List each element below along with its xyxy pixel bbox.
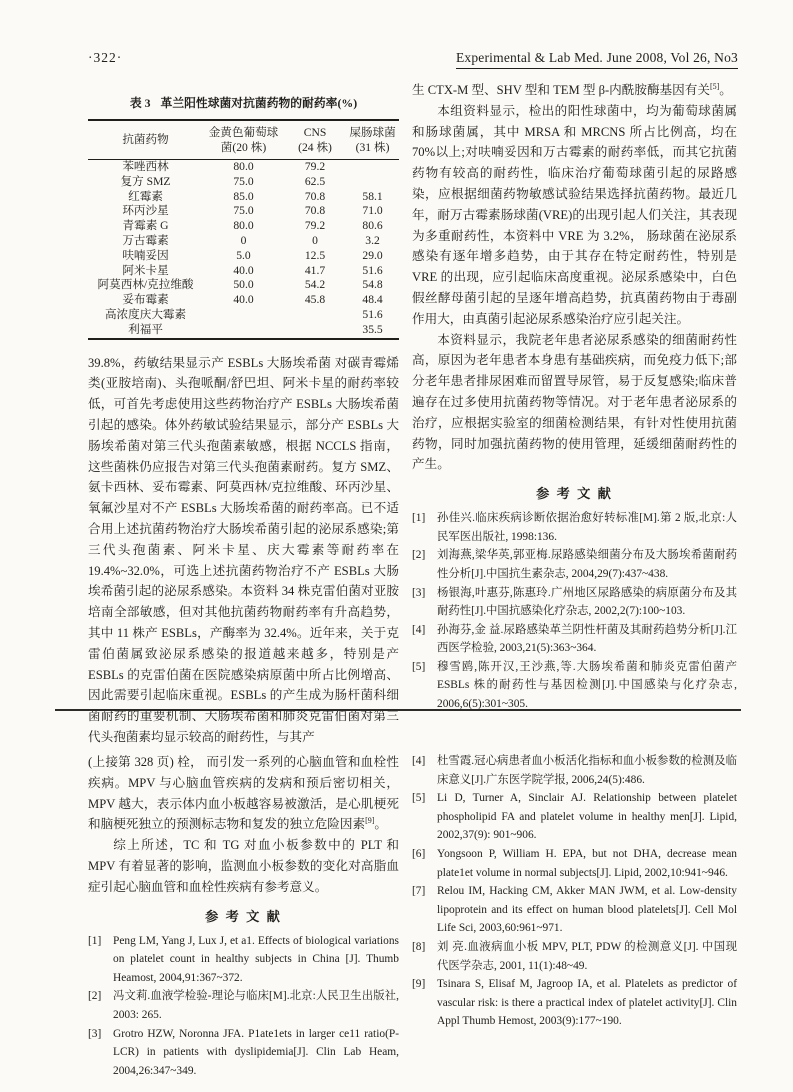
reference-number: [7] bbox=[412, 882, 437, 938]
resistance-rate-table: 抗菌药物 金黄色葡萄球菌(20 株) CNS(24 株) 屎肠球菌(31 株) … bbox=[88, 119, 399, 340]
page-number: ·322· bbox=[88, 50, 122, 66]
reference-item: [1]孙佳兴.临床疾病诊断依据治愈好转标准[M].第 2 版,北京:人民军医出版… bbox=[412, 509, 737, 546]
journal-page: ·322· Experimental & Lab Med. June 2008,… bbox=[0, 0, 793, 1092]
reference-number: [2] bbox=[88, 987, 113, 1024]
column-header-cns: CNS(24 株) bbox=[284, 120, 346, 160]
cell-ef: 3.2 bbox=[346, 234, 399, 249]
column-header-saureus: 金黄色葡萄球菌(20 株) bbox=[203, 120, 284, 160]
reference-item: [8]刘 亮.血液病血小板 MPV, PLT, PDW 的检测意义[J]. 中国… bbox=[412, 938, 737, 975]
reference-number: [1] bbox=[88, 932, 113, 988]
reference-text: Yongsoon P, William H. EPA, but not DHA,… bbox=[437, 845, 737, 882]
reference-number: [2] bbox=[412, 546, 437, 583]
cell-ef bbox=[346, 175, 399, 190]
reference-item: [9]Tsinara S, Elisaf M, Jagroop IA, et a… bbox=[412, 975, 737, 1031]
reference-text: Li D, Turner A, Sinclair AJ. Relationshi… bbox=[437, 789, 737, 845]
table-row: 苯唑西林80.079.2 bbox=[88, 160, 399, 175]
journal-title: Experimental & Lab Med. June 2008, Vol 2… bbox=[456, 50, 738, 69]
cell-cns: 54.2 bbox=[284, 278, 346, 293]
cell-ef: 80.6 bbox=[346, 219, 399, 234]
reference-number: [9] bbox=[412, 975, 437, 1031]
column-header-drug: 抗菌药物 bbox=[88, 120, 203, 160]
cell-sa bbox=[203, 323, 284, 339]
reference-item: [5]穆雪鸥,陈开汉,王沙燕,等.大肠埃希菌和肺炎克雷伯菌产 ESBLs 株的耐… bbox=[412, 658, 737, 714]
reference-number: [8] bbox=[412, 938, 437, 975]
page-header: ·322· Experimental & Lab Med. June 2008,… bbox=[88, 50, 738, 69]
reference-text: Relou IM, Hacking CM, Akker MAN JWM, et … bbox=[437, 882, 737, 938]
cell-cns: 12.5 bbox=[284, 249, 346, 264]
references-list: [4]杜雪霞.冠心病患者血小板活化指标和血小板参数的检测及临床意义[J].广东医… bbox=[412, 752, 737, 1031]
cell-ef: 71.0 bbox=[346, 204, 399, 219]
top-right-column: 生 CTX-M 型、SHV 型和 TEM 型 β-内酰胺酶基因有关[5]。 本组… bbox=[412, 80, 737, 714]
section-divider bbox=[55, 709, 741, 711]
references-heading: 参 考 文 献 bbox=[88, 906, 399, 925]
reference-item: [1]Peng LM, Yang J, Lux J, et a1. Effect… bbox=[88, 932, 399, 988]
bottom-right-column: [4]杜雪霞.冠心病患者血小板活化指标和血小板参数的检测及临床意义[J].广东医… bbox=[412, 752, 737, 1031]
cell-sa: 5.0 bbox=[203, 249, 284, 264]
reference-item: [2]刘海燕,梁华英,郭亚梅.尿路感染细菌分布及大肠埃希菌耐药性分析[J].中国… bbox=[412, 546, 737, 583]
cell-ef bbox=[346, 160, 399, 175]
cell-sa bbox=[203, 308, 284, 323]
reference-number: [5] bbox=[412, 789, 437, 845]
cell-drug: 红霉素 bbox=[88, 190, 203, 205]
reference-item: [4]孙海芬,金 益.尿路感染革兰阴性杆菌及其耐药趋势分析[J].江西医学检验,… bbox=[412, 621, 737, 658]
reference-text: 刘海燕,梁华英,郭亚梅.尿路感染细菌分布及大肠埃希菌耐药性分析[J].中国抗生素… bbox=[437, 546, 737, 583]
body-paragraph: 生 CTX-M 型、SHV 型和 TEM 型 β-内酰胺酶基因有关[5]。 bbox=[412, 80, 737, 101]
table-row: 万古霉素003.2 bbox=[88, 234, 399, 249]
table-row: 利福平35.5 bbox=[88, 323, 399, 339]
reference-text: 孙佳兴.临床疾病诊断依据治愈好转标准[M].第 2 版,北京:人民军医出版社, … bbox=[437, 509, 737, 546]
citation-superscript: [5] bbox=[710, 82, 719, 91]
references-heading: 参 考 文 献 bbox=[412, 483, 737, 502]
cell-cns bbox=[284, 308, 346, 323]
reference-item: [4]杜雪霞.冠心病患者血小板活化指标和血小板参数的检测及临床意义[J].广东医… bbox=[412, 752, 737, 789]
reference-number: [4] bbox=[412, 621, 437, 658]
cell-drug: 万古霉素 bbox=[88, 234, 203, 249]
cell-drug: 环丙沙星 bbox=[88, 204, 203, 219]
reference-item: [7]Relou IM, Hacking CM, Akker MAN JWM, … bbox=[412, 882, 737, 938]
cell-cns: 79.2 bbox=[284, 160, 346, 175]
body-paragraph: 本资料显示，我院老年患者泌尿系感染的细菌耐药性高，原因为老年患者本身患有基础疾病… bbox=[412, 330, 737, 476]
table-caption-label: 表 3 bbox=[130, 96, 151, 110]
cell-drug: 复方 SMZ bbox=[88, 175, 203, 190]
reference-text: 穆雪鸥,陈开汉,王沙燕,等.大肠埃希菌和肺炎克雷伯菌产 ESBLs 株的耐药性与… bbox=[437, 658, 737, 714]
reference-item: [3]杨银海,叶惠芬,陈惠玲.广州地区尿路感染的病原菌分布及其耐药性[J].中国… bbox=[412, 584, 737, 621]
cell-drug: 高浓度庆大霉素 bbox=[88, 308, 203, 323]
top-left-column: 表 3革兰阳性球菌对抗菌药物的耐药率(%) 抗菌药物 金黄色葡萄球菌(20 株)… bbox=[88, 94, 399, 748]
cell-cns: 62.5 bbox=[284, 175, 346, 190]
table-row: 环丙沙星75.070.871.0 bbox=[88, 204, 399, 219]
table-row: 阿莫西林/克拉维酸50.054.254.8 bbox=[88, 278, 399, 293]
table-header-row: 抗菌药物 金黄色葡萄球菌(20 株) CNS(24 株) 屎肠球菌(31 株) bbox=[88, 120, 399, 160]
cell-sa: 40.0 bbox=[203, 264, 284, 279]
reference-text: 刘 亮.血液病血小板 MPV, PLT, PDW 的检测意义[J]. 中国现代医… bbox=[437, 938, 737, 975]
reference-number: [3] bbox=[88, 1025, 113, 1081]
cell-drug: 呋喃妥因 bbox=[88, 249, 203, 264]
column-header-efaecium: 屎肠球菌(31 株) bbox=[346, 120, 399, 160]
reference-text: 孙海芬,金 益.尿路感染革兰阴性杆菌及其耐药趋势分析[J].江西医学检验, 20… bbox=[437, 621, 737, 658]
reference-number: [5] bbox=[412, 658, 437, 714]
reference-item: [5]Li D, Turner A, Sinclair AJ. Relation… bbox=[412, 789, 737, 845]
reference-item: [6]Yongsoon P, William H. EPA, but not D… bbox=[412, 845, 737, 882]
table-caption-title: 革兰阳性球菌对抗菌药物的耐药率(%) bbox=[161, 96, 358, 110]
cell-ef: 48.4 bbox=[346, 293, 399, 308]
cell-drug: 妥布霉素 bbox=[88, 293, 203, 308]
cell-sa: 80.0 bbox=[203, 219, 284, 234]
reference-text: Peng LM, Yang J, Lux J, et a1. Effects o… bbox=[113, 932, 399, 988]
cell-cns: 70.8 bbox=[284, 204, 346, 219]
cell-cns: 45.8 bbox=[284, 293, 346, 308]
table-row: 阿米卡星40.041.751.6 bbox=[88, 264, 399, 279]
cell-sa: 75.0 bbox=[203, 175, 284, 190]
cell-sa: 80.0 bbox=[203, 160, 284, 175]
reference-item: [2]冯文莉.血液学检验-理论与临床[M].北京:人民卫生出版社, 2003: … bbox=[88, 987, 399, 1024]
cell-cns: 41.7 bbox=[284, 264, 346, 279]
cell-ef: 35.5 bbox=[346, 323, 399, 339]
references-list: [1]Peng LM, Yang J, Lux J, et a1. Effect… bbox=[88, 932, 399, 1081]
reference-number: [6] bbox=[412, 845, 437, 882]
body-paragraph-continued: 39.8%，药敏结果显示产 ESBLs 大肠埃希菌 对碳青霉烯类(亚胺培南)、头… bbox=[88, 353, 399, 748]
cell-ef: 51.6 bbox=[346, 308, 399, 323]
body-paragraph: 综上所述，TC 和 TG 对血小板参数中的 PLT 和 MPV 有着显著的影响，… bbox=[88, 835, 399, 897]
reference-text: 杨银海,叶惠芬,陈惠玲.广州地区尿路感染的病原菌分布及其耐药性[J].中国抗感染… bbox=[437, 584, 737, 621]
body-paragraph-continued: (上接第 328 页) 栓， 而引发一系列的心脑血管和血栓性疾病。MPV 与心脑… bbox=[88, 752, 399, 835]
cell-ef: 51.6 bbox=[346, 264, 399, 279]
cell-drug: 青霉素 G bbox=[88, 219, 203, 234]
reference-number: [4] bbox=[412, 752, 437, 789]
reference-text: Grotro HZW, Noronna JFA. P1ate1ets in la… bbox=[113, 1025, 399, 1081]
reference-number: [1] bbox=[412, 509, 437, 546]
cell-ef: 54.8 bbox=[346, 278, 399, 293]
table-row: 妥布霉素40.045.848.4 bbox=[88, 293, 399, 308]
table-row: 红霉素85.070.858.1 bbox=[88, 190, 399, 205]
reference-text: Tsinara S, Elisaf M, Jagroop IA, et al. … bbox=[437, 975, 737, 1031]
reference-text: 冯文莉.血液学检验-理论与临床[M].北京:人民卫生出版社, 2003: 265… bbox=[113, 987, 399, 1024]
cell-sa: 85.0 bbox=[203, 190, 284, 205]
citation-superscript: [9] bbox=[365, 816, 374, 825]
cell-drug: 阿莫西林/克拉维酸 bbox=[88, 278, 203, 293]
cell-sa: 75.0 bbox=[203, 204, 284, 219]
reference-item: [3]Grotro HZW, Noronna JFA. P1ate1ets in… bbox=[88, 1025, 399, 1081]
cell-cns bbox=[284, 323, 346, 339]
cell-ef: 29.0 bbox=[346, 249, 399, 264]
cell-sa: 40.0 bbox=[203, 293, 284, 308]
cell-drug: 阿米卡星 bbox=[88, 264, 203, 279]
table-row: 青霉素 G80.079.280.6 bbox=[88, 219, 399, 234]
cell-drug: 利福平 bbox=[88, 323, 203, 339]
reference-number: [3] bbox=[412, 584, 437, 621]
bottom-left-column: (上接第 328 页) 栓， 而引发一系列的心脑血管和血栓性疾病。MPV 与心脑… bbox=[88, 752, 399, 1080]
cell-cns: 79.2 bbox=[284, 219, 346, 234]
table-row: 高浓度庆大霉素51.6 bbox=[88, 308, 399, 323]
cell-cns: 70.8 bbox=[284, 190, 346, 205]
body-paragraph: 本组资料显示，检出的阳性球菌中，均为葡萄球菌属和肠球菌属，其中 MRSA 和 M… bbox=[412, 101, 737, 330]
table-row: 复方 SMZ75.062.5 bbox=[88, 175, 399, 190]
cell-cns: 0 bbox=[284, 234, 346, 249]
cell-sa: 50.0 bbox=[203, 278, 284, 293]
table-caption: 表 3革兰阳性球菌对抗菌药物的耐药率(%) bbox=[88, 94, 399, 111]
reference-text: 杜雪霞.冠心病患者血小板活化指标和血小板参数的检测及临床意义[J].广东医学院学… bbox=[437, 752, 737, 789]
cell-sa: 0 bbox=[203, 234, 284, 249]
cell-drug: 苯唑西林 bbox=[88, 160, 203, 175]
references-list: [1]孙佳兴.临床疾病诊断依据治愈好转标准[M].第 2 版,北京:人民军医出版… bbox=[412, 509, 737, 714]
table-row: 呋喃妥因5.012.529.0 bbox=[88, 249, 399, 264]
cell-ef: 58.1 bbox=[346, 190, 399, 205]
